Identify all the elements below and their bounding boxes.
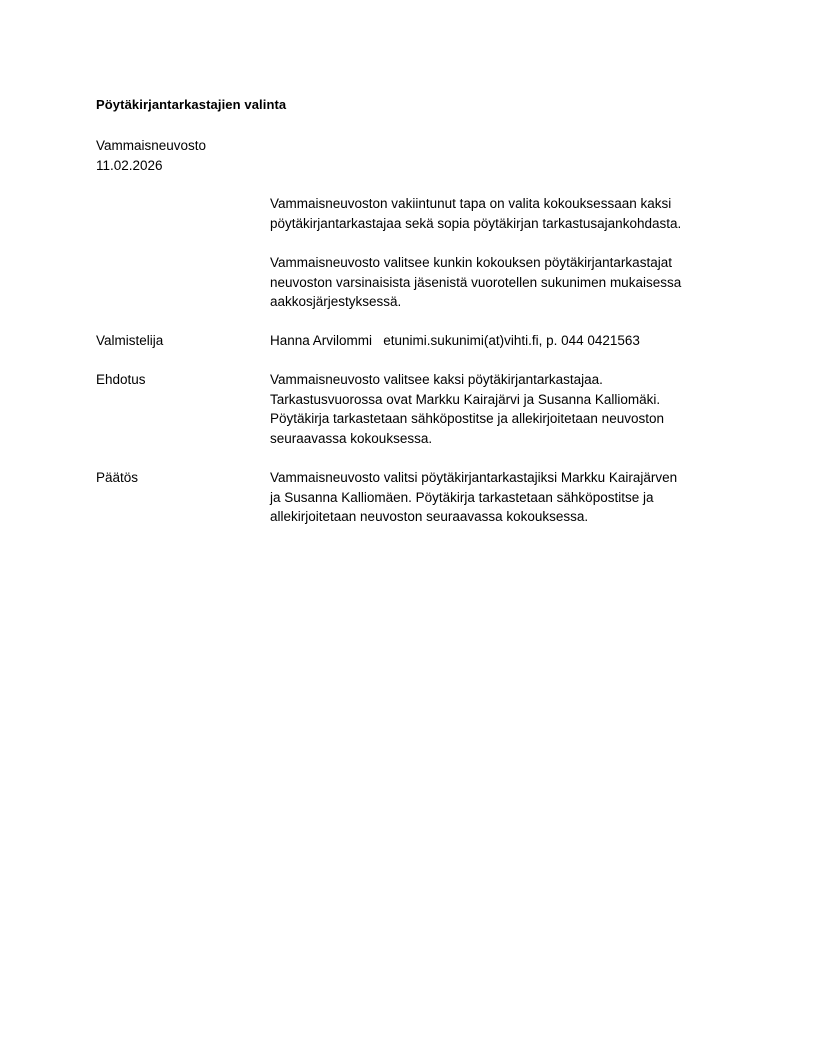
text-line: Vammaisneuvosto valitsee kunkin kokoukse… bbox=[270, 253, 740, 273]
document-page: Pöytäkirjantarkastajien valinta Vammaisn… bbox=[0, 0, 816, 1056]
section-body-ehdotus: Vammaisneuvosto valitsee kaksi pöytäkirj… bbox=[270, 370, 740, 448]
text-line: Vammaisneuvosto valitsi pöytäkirjantarka… bbox=[270, 468, 740, 488]
meeting-date: 11.02.2026 bbox=[96, 156, 206, 176]
text-line: allekirjoitetaan neuvoston seuraavassa k… bbox=[270, 507, 740, 527]
text-line: Tarkastusvuorossa ovat Markku Kairajärvi… bbox=[270, 390, 740, 410]
section-label-valmistelija: Valmistelija bbox=[96, 331, 163, 351]
intro-paragraph-2: Vammaisneuvosto valitsee kunkin kokoukse… bbox=[270, 253, 740, 312]
section-label-paatos: Päätös bbox=[96, 468, 138, 488]
document-title: Pöytäkirjantarkastajien valinta bbox=[96, 97, 286, 112]
section-body-paatos: Vammaisneuvosto valitsi pöytäkirjantarka… bbox=[270, 468, 740, 527]
text-line: Vammaisneuvosto valitsee kaksi pöytäkirj… bbox=[270, 370, 740, 390]
text-line: neuvoston varsinaisista jäsenistä vuorot… bbox=[270, 273, 740, 293]
text-line: Vammaisneuvoston vakiintunut tapa on val… bbox=[270, 194, 740, 214]
meeting-meta: Vammaisneuvosto 11.02.2026 bbox=[96, 136, 206, 176]
text-line: Hanna Arvilommi etunimi.sukunimi(at)viht… bbox=[270, 331, 740, 351]
text-line: pöytäkirjantarkastajaa sekä sopia pöytäk… bbox=[270, 214, 740, 234]
text-line: seuraavassa kokouksessa. bbox=[270, 429, 740, 449]
section-body-valmistelija: Hanna Arvilommi etunimi.sukunimi(at)viht… bbox=[270, 331, 740, 351]
text-line: aakkosjärjestyksessä. bbox=[270, 292, 740, 312]
organ-name: Vammaisneuvosto bbox=[96, 136, 206, 156]
intro-paragraph-1: Vammaisneuvoston vakiintunut tapa on val… bbox=[270, 194, 740, 233]
text-line: ja Susanna Kalliomäen. Pöytäkirja tarkas… bbox=[270, 488, 740, 508]
section-label-ehdotus: Ehdotus bbox=[96, 370, 146, 390]
text-line: Pöytäkirja tarkastetaan sähköpostitse ja… bbox=[270, 409, 740, 429]
